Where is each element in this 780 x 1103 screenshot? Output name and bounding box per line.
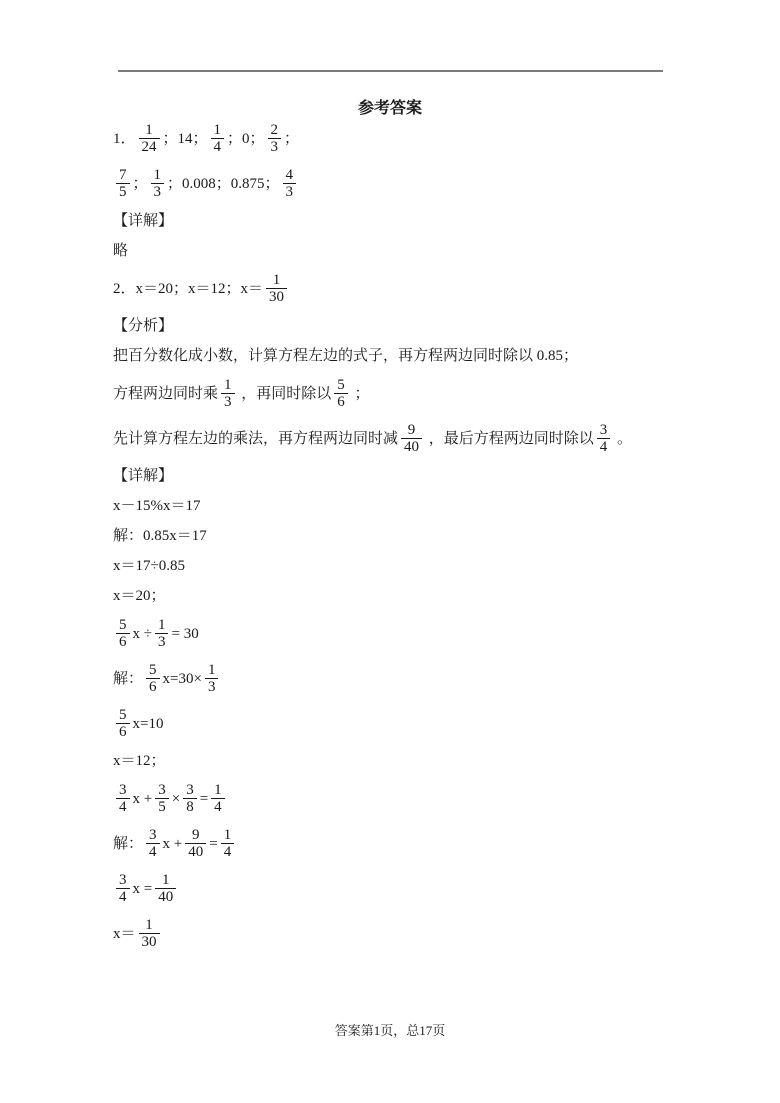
fraction-denominator: 6 (116, 723, 130, 740)
text-run: ； (284, 130, 299, 148)
math-line: 把百分数化成小数，计算方程左边的式子，再方程两边同时除以 0.85； (113, 347, 763, 365)
fraction-numerator: 3 (146, 827, 160, 843)
fraction: 130 (266, 272, 287, 305)
text-run: 2．x＝20；x＝12；x＝ (113, 280, 263, 298)
math-line: 【分析】 (113, 317, 763, 335)
fraction-numerator: 1 (159, 872, 173, 888)
text-run: = (200, 790, 208, 808)
fraction-numerator: 5 (116, 617, 130, 633)
math-line: x－15%x＝17 (113, 497, 763, 515)
fraction-numerator: 1 (211, 782, 225, 798)
fraction-denominator: 3 (205, 678, 219, 695)
fraction: 34 (116, 782, 130, 815)
fraction: 130 (139, 917, 160, 950)
text-run: 【分析】 (113, 317, 173, 335)
math-line: 解：34x +940=14 (113, 827, 763, 860)
fraction-denominator: 6 (334, 393, 348, 410)
text-run: ； (133, 175, 148, 193)
fraction-numerator: 1 (221, 827, 235, 843)
fraction-denominator: 3 (283, 183, 297, 200)
fraction-denominator: 40 (401, 438, 422, 455)
math-line: 75；13；0.008；0.875；43 (113, 167, 763, 200)
fraction-denominator: 6 (116, 633, 130, 650)
fraction-denominator: 3 (155, 633, 169, 650)
fraction-denominator: 30 (266, 288, 287, 305)
text-run: x=30× (163, 670, 202, 688)
text-run: ，再同时除以 (238, 385, 332, 403)
fraction: 14 (211, 782, 225, 815)
fraction-denominator: 4 (116, 888, 130, 905)
fraction-denominator: 3 (268, 138, 282, 155)
text-run: 【详解】 (113, 212, 173, 230)
fraction-numerator: 5 (146, 662, 160, 678)
fraction: 34 (116, 872, 130, 905)
fraction-numerator: 1 (142, 122, 156, 138)
math-line: x＝17÷0.85 (113, 557, 763, 575)
math-line: 56x ÷13= 30 (113, 617, 763, 650)
fraction-numerator: 2 (268, 122, 282, 138)
math-line: x＝20； (113, 587, 763, 605)
fraction-denominator: 5 (116, 183, 130, 200)
text-run: x＝ (113, 925, 136, 943)
fraction-numerator: 1 (151, 167, 165, 183)
fraction-numerator: 1 (270, 272, 284, 288)
fraction: 124 (139, 122, 160, 155)
text-run: x + (133, 790, 153, 808)
fraction-denominator: 40 (185, 843, 206, 860)
text-run: ；14； (163, 130, 208, 148)
fraction: 34 (597, 422, 611, 455)
fraction-denominator: 3 (221, 393, 235, 410)
fraction-denominator: 4 (221, 843, 235, 860)
fraction: 13 (155, 617, 169, 650)
fraction: 14 (211, 122, 225, 155)
fraction-denominator: 3 (151, 183, 165, 200)
fraction: 56 (146, 662, 160, 695)
fraction: 35 (155, 782, 169, 815)
text-run: x＝12； (113, 752, 166, 770)
fraction-numerator: 5 (334, 377, 348, 393)
fraction-numerator: 5 (116, 707, 130, 723)
fraction-denominator: 24 (139, 138, 160, 155)
text-run: x + (163, 835, 183, 853)
math-line: 34x +35×38=14 (113, 782, 763, 815)
content-lines: 1．124；14；14；0；23；75；13；0.008；0.875；43【详解… (113, 122, 763, 962)
text-run: x = (133, 880, 153, 898)
fraction: 13 (221, 377, 235, 410)
fraction: 23 (268, 122, 282, 155)
text-run: x ÷ (133, 625, 152, 643)
text-run: ； (351, 385, 370, 403)
text-run: ；0.008；0.875； (167, 175, 280, 193)
math-line: 34x =140 (113, 872, 763, 905)
fraction-numerator: 9 (189, 827, 203, 843)
fraction-numerator: 3 (116, 782, 130, 798)
fraction-denominator: 4 (211, 798, 225, 815)
text-run: 把百分数化成小数，计算方程左边的式子，再方程两边同时除以 0.85； (113, 347, 578, 365)
math-line: 先计算方程左边的乘法，再方程两边同时减940 ，最后方程两边同时除以34 。 (113, 422, 763, 455)
fraction: 56 (116, 617, 130, 650)
fraction-denominator: 30 (139, 933, 160, 950)
fraction-numerator: 1 (205, 662, 219, 678)
math-line: 解：56x=30×13 (113, 662, 763, 695)
text-run: x－15%x＝17 (113, 497, 201, 515)
answer-sheet-page: 参考答案 1．124；14；14；0；23；75；13；0.008；0.875；… (0, 0, 780, 1103)
fraction: 75 (116, 167, 130, 200)
fraction-denominator: 4 (146, 843, 160, 860)
text-run: ；0； (227, 130, 265, 148)
fraction-denominator: 4 (116, 798, 130, 815)
fraction-numerator: 1 (155, 617, 169, 633)
fraction-numerator: 7 (116, 167, 130, 183)
math-line: 方程两边同时乘13 ，再同时除以56 ； (113, 377, 763, 410)
fraction: 14 (221, 827, 235, 860)
text-run: 1． (113, 130, 136, 148)
fraction-numerator: 1 (142, 917, 156, 933)
fraction-denominator: 4 (211, 138, 225, 155)
fraction-numerator: 9 (405, 422, 419, 438)
header-rule (118, 70, 663, 72)
text-run: x=10 (133, 715, 164, 733)
fraction: 56 (334, 377, 348, 410)
fraction: 940 (185, 827, 206, 860)
math-line: 【详解】 (113, 467, 763, 485)
text-run: x＝20； (113, 587, 166, 605)
fraction-denominator: 5 (155, 798, 169, 815)
fraction: 43 (283, 167, 297, 200)
math-line: 【详解】 (113, 212, 763, 230)
text-run: 解：0.85x＝17 (113, 527, 207, 545)
fraction: 13 (151, 167, 165, 200)
fraction-numerator: 3 (155, 782, 169, 798)
text-run: 。 (613, 430, 632, 448)
math-line: x＝130 (113, 917, 763, 950)
fraction: 56 (116, 707, 130, 740)
fraction: 940 (401, 422, 422, 455)
fraction: 38 (183, 782, 197, 815)
text-run: x＝17÷0.85 (113, 557, 185, 575)
math-line: 56x=10 (113, 707, 763, 740)
fraction-numerator: 1 (211, 122, 225, 138)
math-line: 解：0.85x＝17 (113, 527, 763, 545)
text-run: = (209, 835, 217, 853)
fraction: 13 (205, 662, 219, 695)
text-run: 先计算方程左边的乘法，再方程两边同时减 (113, 430, 398, 448)
text-run: 【详解】 (113, 467, 173, 485)
fraction-denominator: 4 (597, 438, 611, 455)
text-run: ，最后方程两边同时除以 (425, 430, 594, 448)
math-line: 略 (113, 242, 763, 260)
fraction-denominator: 6 (146, 678, 160, 695)
fraction-numerator: 3 (183, 782, 197, 798)
page-footer: 答案第1页，总17页 (0, 1020, 780, 1039)
fraction-numerator: 3 (116, 872, 130, 888)
fraction: 140 (155, 872, 176, 905)
math-line: 1．124；14；14；0；23； (113, 122, 763, 155)
fraction-numerator: 4 (283, 167, 297, 183)
page-title: 参考答案 (0, 95, 780, 118)
fraction-numerator: 1 (221, 377, 235, 393)
text-run: 解： (113, 670, 143, 688)
text-run: = 30 (171, 625, 198, 643)
fraction-denominator: 40 (155, 888, 176, 905)
fraction: 34 (146, 827, 160, 860)
text-run: 略 (113, 242, 128, 260)
text-run: 解： (113, 835, 143, 853)
math-line: 2．x＝20；x＝12；x＝130 (113, 272, 763, 305)
fraction-denominator: 8 (183, 798, 197, 815)
text-run: × (172, 790, 180, 808)
math-line: x＝12； (113, 752, 763, 770)
fraction-numerator: 3 (597, 422, 611, 438)
text-run: 方程两边同时乘 (113, 385, 218, 403)
